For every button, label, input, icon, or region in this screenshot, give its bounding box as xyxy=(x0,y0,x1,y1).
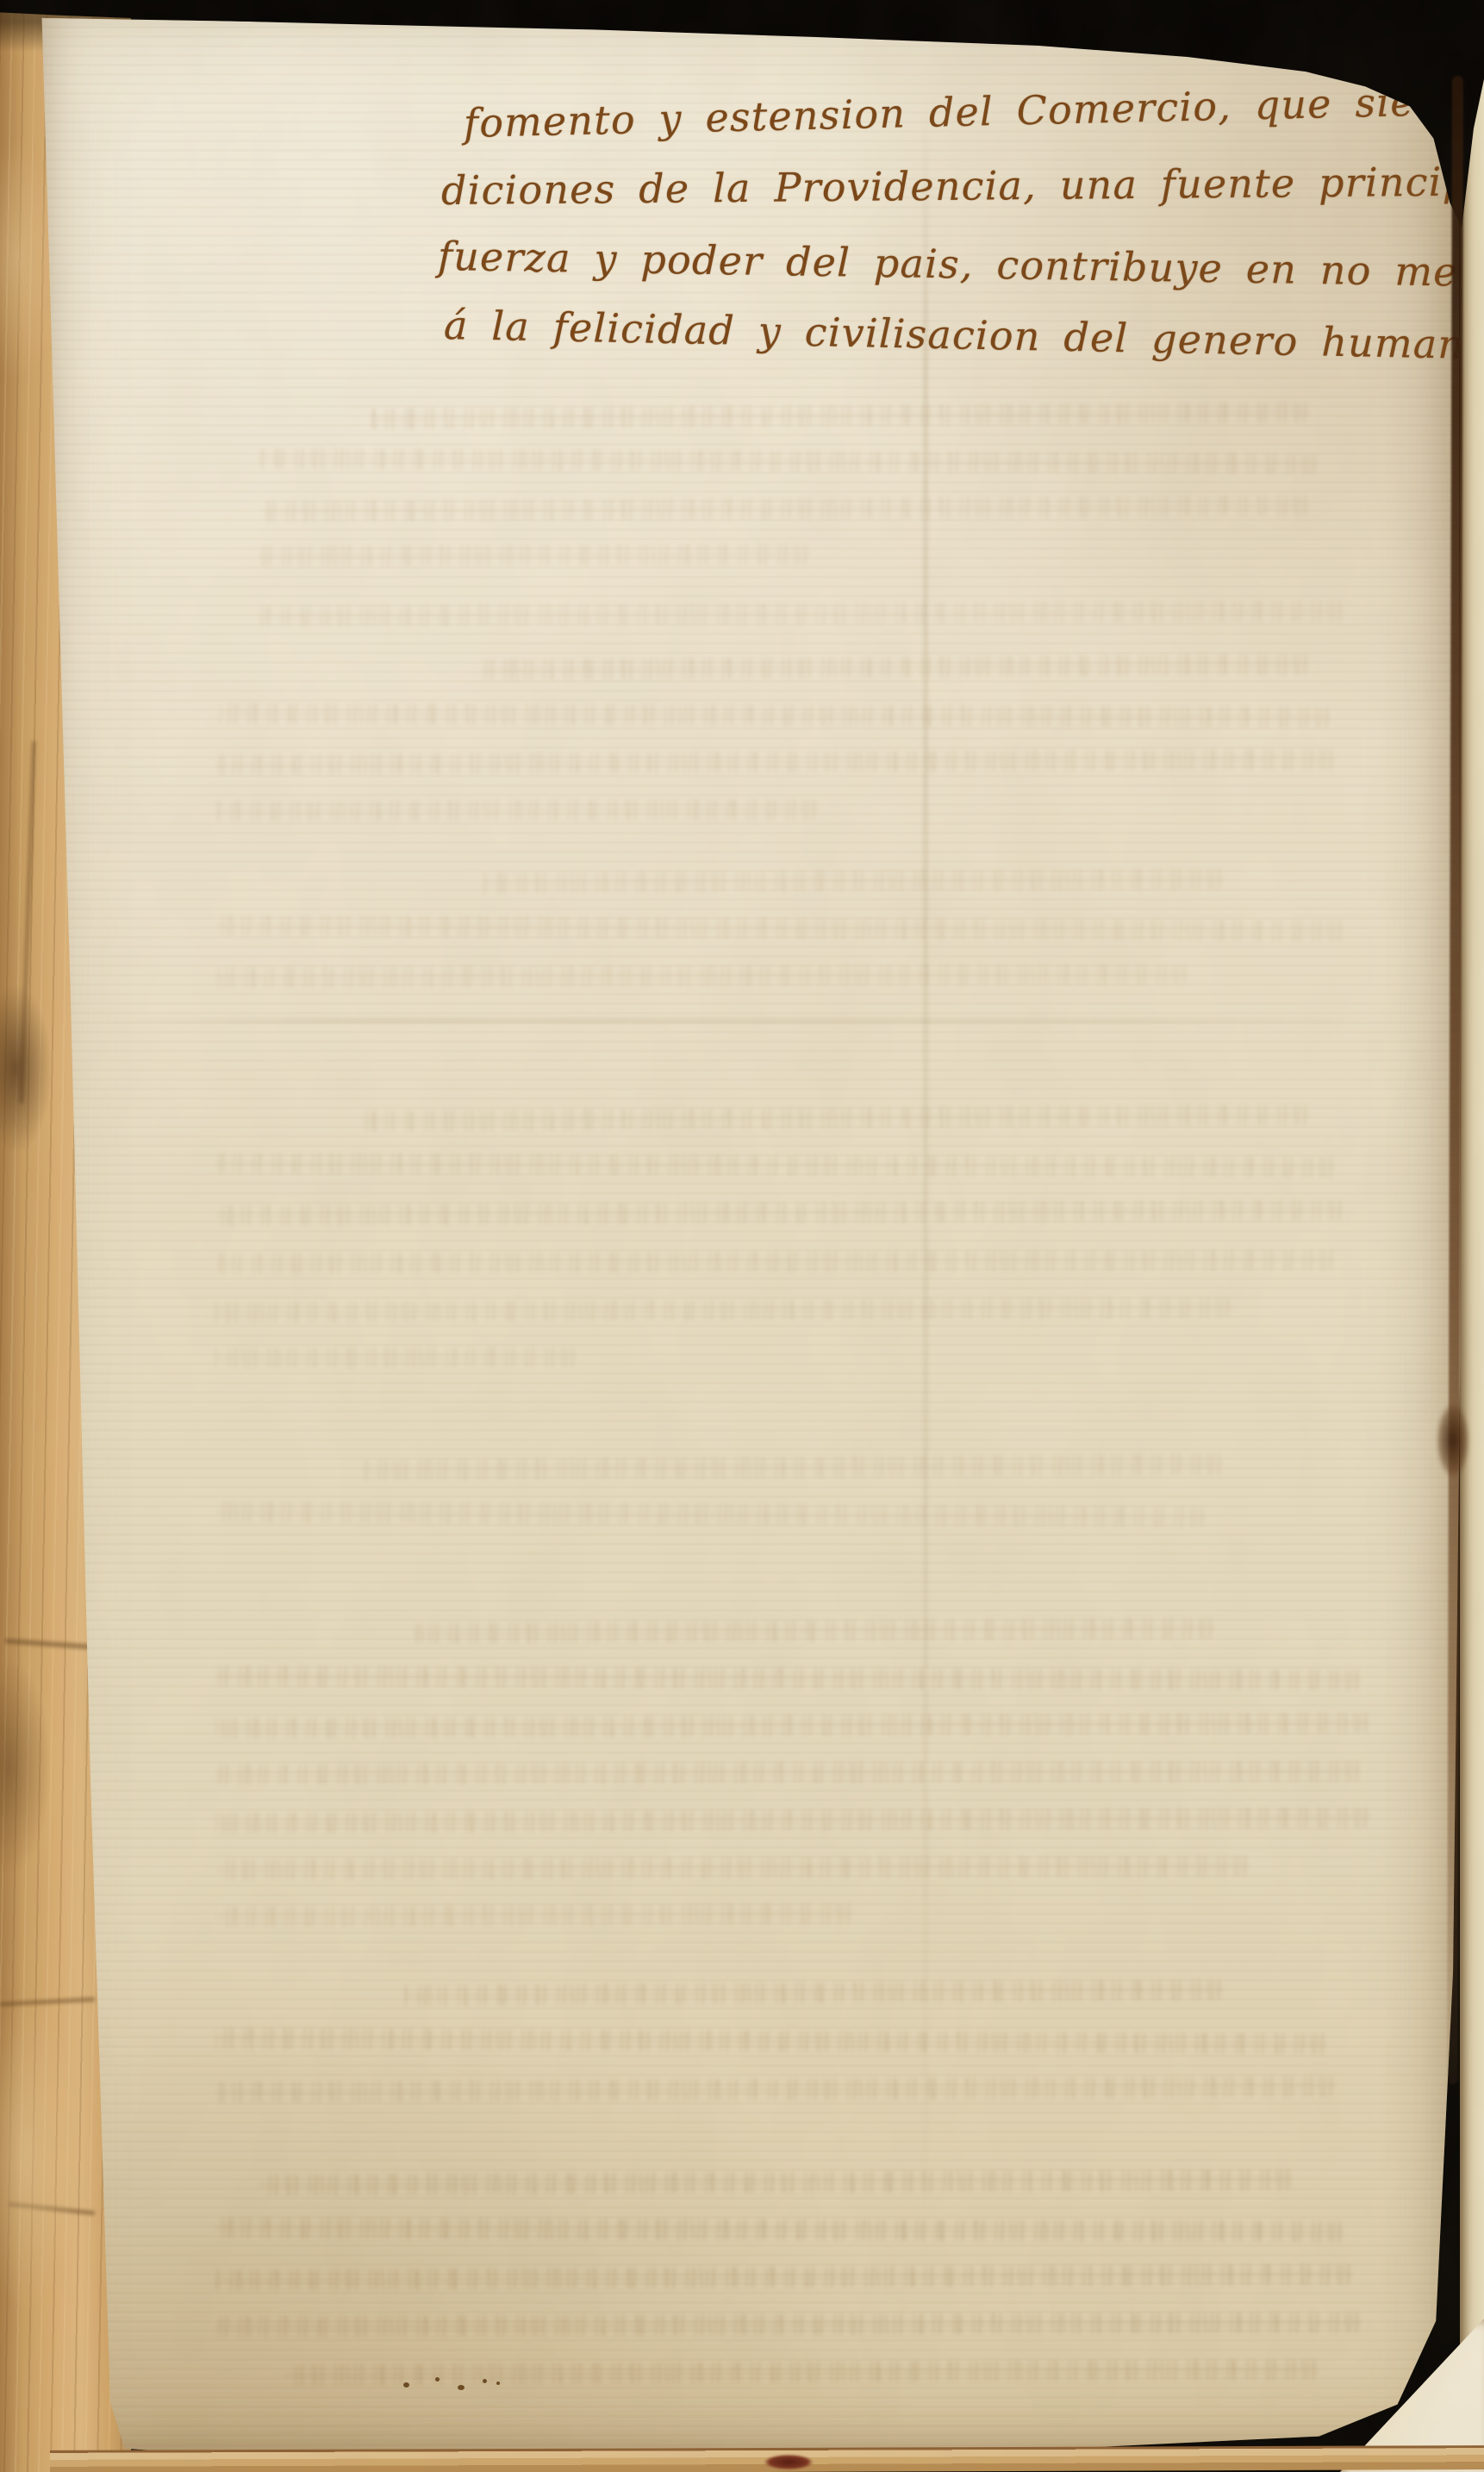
ink-speck xyxy=(403,2382,409,2388)
handwriting-line: diciones de la Providencia, una fuente p… xyxy=(441,157,1460,214)
handwriting-line: fuerza y poder del pais, contribuye en n… xyxy=(438,233,1460,299)
manuscript-scan: fomento y estension del Comercio, que si… xyxy=(0,0,1484,2472)
handwriting-layer: fomento y estension del Comercio, que si… xyxy=(0,0,1460,2472)
ink-speck xyxy=(435,2377,440,2381)
handwriting-line: fomento y estension del Comercio, que si… xyxy=(463,72,1460,147)
ink-speck xyxy=(458,2385,465,2390)
underlying-page-right xyxy=(1460,72,1484,2472)
seam-knot xyxy=(1431,1389,1475,1491)
ink-speck xyxy=(496,2381,500,2385)
handwriting-line: á la felicidad y civilisacion del genero… xyxy=(443,302,1460,369)
red-stain xyxy=(757,2452,820,2472)
ink-speck xyxy=(483,2379,487,2383)
